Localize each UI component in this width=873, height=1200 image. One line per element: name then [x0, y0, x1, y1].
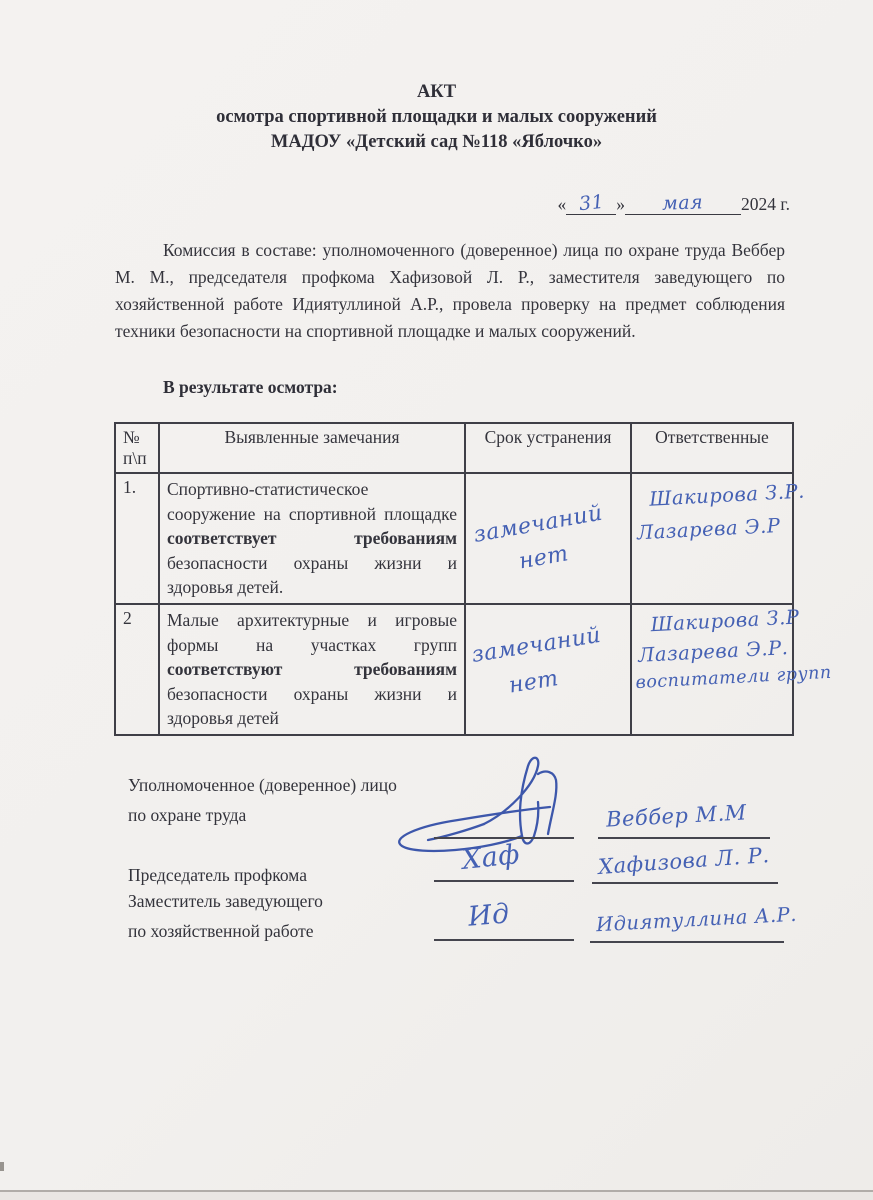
- name-line: [590, 940, 784, 943]
- row-finding: Малые архитектурные и игровые формы на у…: [159, 604, 465, 735]
- table-header-row: № п\п Выявленные замечания Срок устранен…: [115, 423, 793, 473]
- header-num: № п\п: [115, 423, 159, 473]
- section-heading: В результате осмотра:: [163, 377, 338, 398]
- handwritten-responsible: Шакирова З.Р Лазарева Э.Р. воспитатели г…: [632, 606, 832, 693]
- row-number: 2: [115, 604, 159, 735]
- header-responsible: Ответственные: [631, 423, 793, 473]
- signature-scribble: Ид: [467, 898, 511, 933]
- table-row: 2 Малые архитектурные и игровые формы на…: [115, 604, 793, 735]
- row-responsible: Шакирова З.Р Лазарева Э.Р. воспитатели г…: [631, 604, 793, 735]
- header-findings: Выявленные замечания: [159, 423, 465, 473]
- handwritten-term-note: замечаний нет: [466, 503, 610, 582]
- document-title-block: АКТ осмотра спортивной площадки и малых …: [0, 80, 873, 155]
- header-term: Срок устранения: [465, 423, 631, 473]
- scan-edge-mark: [0, 1162, 4, 1171]
- handwritten-name: Веббер М.М: [605, 800, 747, 831]
- handwritten-name: Идиятуллина А.Р.: [596, 903, 798, 936]
- row-number: 1.: [115, 473, 159, 604]
- name-line: [592, 881, 778, 884]
- doc-title: АКТ: [0, 80, 873, 105]
- doc-organization: МАДОУ «Детский сад №118 «Яблочко»: [0, 130, 873, 155]
- signature-line: [434, 879, 574, 882]
- handwritten-name: Хафизова Л. Р.: [597, 843, 770, 879]
- signature-scribble: Хаф: [461, 839, 522, 876]
- row-term: замечаний нет: [465, 473, 631, 604]
- row-term: замечаний нет: [465, 604, 631, 735]
- signature-line: [434, 836, 574, 839]
- inspection-table: № п\п Выявленные замечания Срок устранен…: [114, 422, 794, 736]
- name-line: [598, 836, 770, 839]
- doc-subtitle: осмотра спортивной площадки и малых соор…: [0, 105, 873, 130]
- signer-role: Уполномоченное (доверенное) лицо по охра…: [128, 770, 397, 830]
- handwritten-responsible: Шакирова З.Р. Лазарева Э.Р: [635, 482, 807, 543]
- signature-line: [434, 938, 574, 941]
- scanned-act-document: АКТ осмотра спортивной площадки и малых …: [0, 0, 873, 1200]
- date-line: «31»мая2024 г.: [558, 192, 790, 215]
- intro-paragraph: Комиссия в составе: уполномоченного (дов…: [115, 237, 785, 345]
- row-finding: Спортивно-статистическое сооружение на с…: [159, 473, 465, 604]
- date-close-quote: »: [616, 194, 625, 214]
- handwritten-day: 31: [578, 191, 605, 216]
- date-open-quote: «: [558, 194, 567, 214]
- scan-bottom-edge-strip: [0, 1192, 873, 1200]
- signer-role: Заместитель заведующего по хозяйственной…: [128, 886, 323, 946]
- date-year: 2024 г.: [741, 194, 790, 214]
- handwritten-month: мая: [662, 191, 704, 214]
- row-responsible: Шакирова З.Р. Лазарева Э.Р: [631, 473, 793, 604]
- handwritten-term-note: замечаний нет: [466, 625, 608, 703]
- table-row: 1. Спортивно-статистическое сооружение н…: [115, 473, 793, 604]
